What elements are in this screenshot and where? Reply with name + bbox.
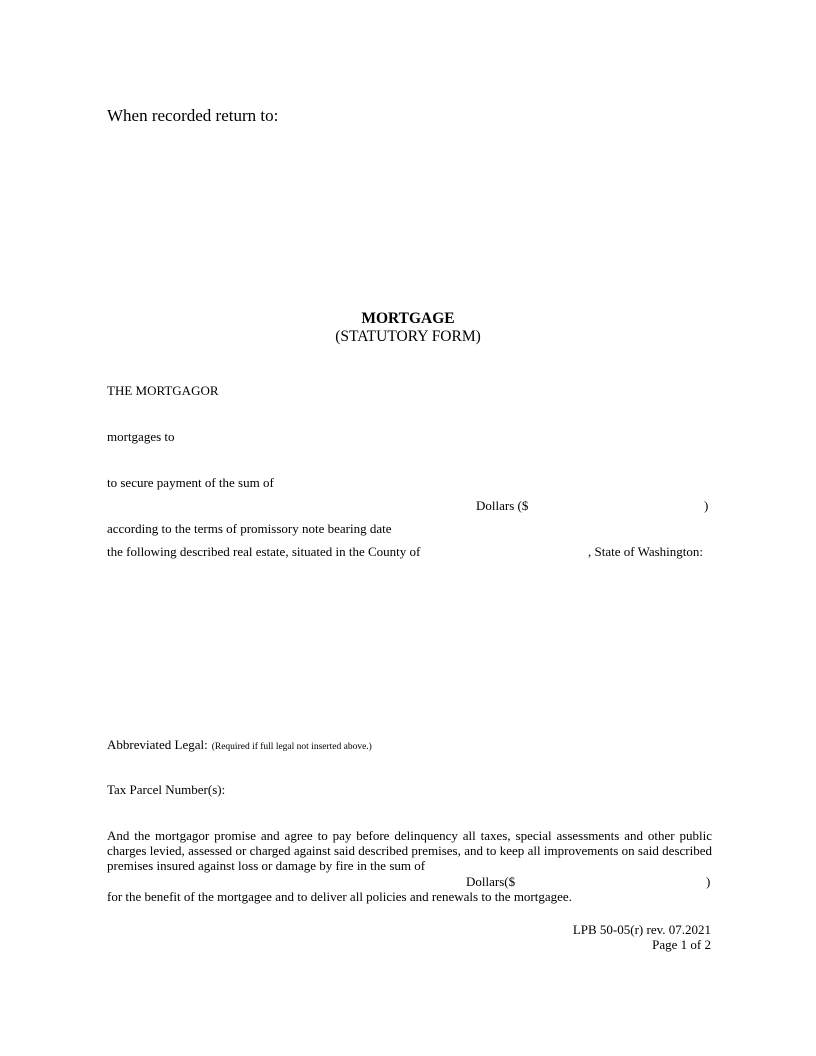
form-id: LPB 50-05(r) rev. 07.2021 xyxy=(573,922,711,938)
covenant-paragraph: And the mortgagor promise and agree to p… xyxy=(107,828,712,873)
covenant-dollars-label: Dollars($ xyxy=(466,874,515,890)
mortgagor-label: THE MORTGAGOR xyxy=(107,383,219,399)
mortgages-to-label: mortgages to xyxy=(107,429,175,445)
covenant-dollars-close-paren: ) xyxy=(706,874,710,890)
abbreviated-legal-label: Abbreviated Legal: xyxy=(107,737,208,752)
state-label: , State of Washington: xyxy=(588,544,703,560)
document-subtitle: (STATUTORY FORM) xyxy=(0,328,816,346)
dollars-close-paren: ) xyxy=(704,498,708,514)
abbreviated-legal: Abbreviated Legal: (Required if full leg… xyxy=(107,736,372,754)
page-number: Page 1 of 2 xyxy=(652,937,711,953)
sum-label: to secure payment of the sum of xyxy=(107,475,274,491)
note-date-label: according to the terms of promissory not… xyxy=(107,521,391,537)
county-label: the following described real estate, sit… xyxy=(107,544,420,560)
document-title: MORTGAGE xyxy=(0,310,816,328)
tax-parcel-label: Tax Parcel Number(s): xyxy=(107,782,225,798)
covenant-closing: for the benefit of the mortgagee and to … xyxy=(107,889,572,905)
abbreviated-legal-note: (Required if full legal not inserted abo… xyxy=(212,742,372,752)
dollars-label: Dollars ($ xyxy=(476,498,528,514)
return-to-label: When recorded return to: xyxy=(107,106,278,126)
